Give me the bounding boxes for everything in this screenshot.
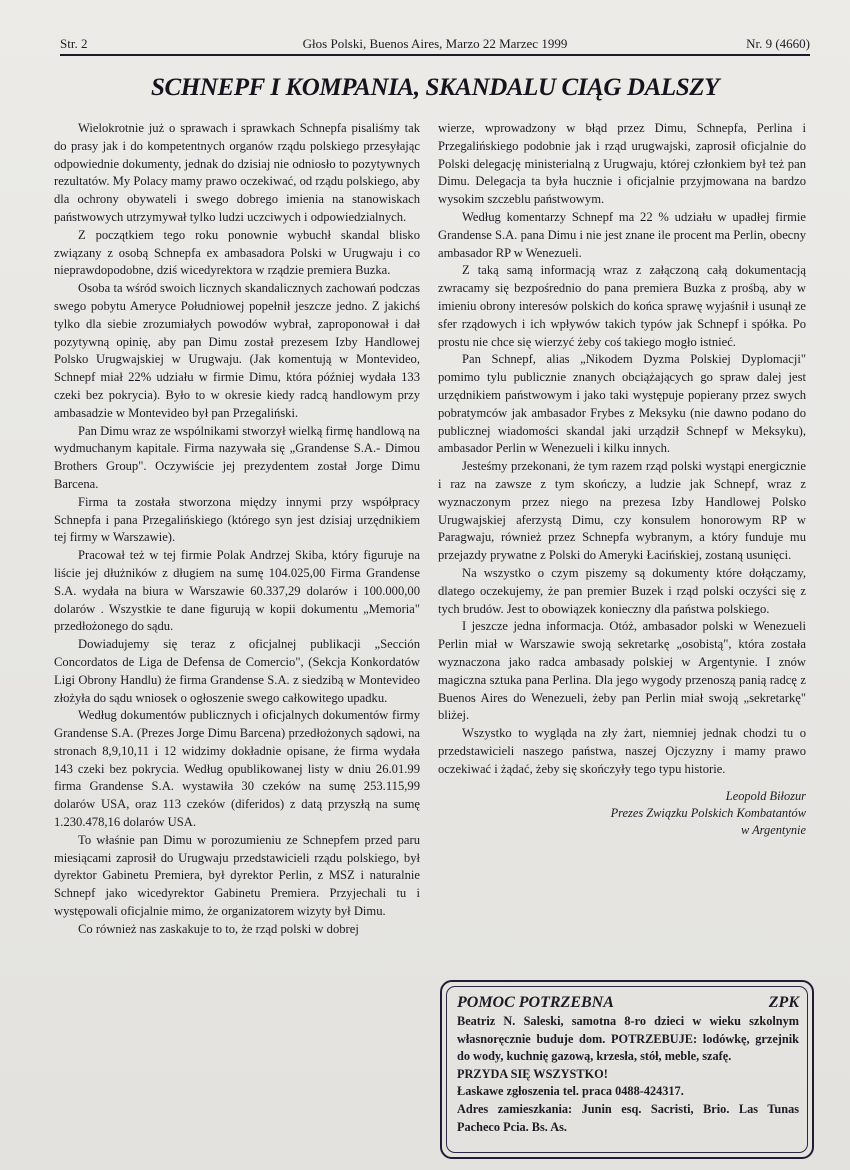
paragraph: Na wszystko o czym piszemy są dokumenty …	[438, 565, 806, 618]
help-needed-advertisement: POMOC POTRZEBNA ZPK Beatriz N. Saleski, …	[440, 980, 814, 1159]
advertisement-heading: POMOC POTRZEBNA	[457, 993, 614, 1013]
paragraph: Według dokumentów publicznych i oficjaln…	[54, 707, 420, 832]
advertisement-inner-frame: POMOC POTRZEBNA ZPK Beatriz N. Saleski, …	[446, 986, 808, 1153]
paragraph: I jeszcze jedna informacja. Otóż, ambasa…	[438, 618, 806, 725]
paragraph: Pan Dimu wraz ze wspólnikami stworzył wi…	[54, 423, 420, 494]
paragraph: Osoba ta wśród swoich licznych skandalic…	[54, 280, 420, 422]
newspaper-page: Str. 2 Głos Polski, Buenos Aires, Marzo …	[0, 0, 850, 1170]
advertisement-tag: ZPK	[769, 993, 799, 1013]
paragraph: Pracował też w tej firmie Polak Andrzej …	[54, 547, 420, 636]
paragraph: Wielokrotnie już o sprawach i sprawkach …	[54, 120, 420, 227]
advertisement-line: PRZYDA SIĘ WSZYSTKO!	[457, 1066, 799, 1084]
paragraph: Z początkiem tego roku ponownie wybuchł …	[54, 227, 420, 280]
paragraph: Co również nas zaskakuje to to, że rząd …	[54, 921, 420, 939]
paragraph: Pan Schnepf, alias „Nikodem Dyzma Polski…	[438, 351, 806, 458]
paragraph: Firma ta została stworzona między innymi…	[54, 494, 420, 547]
article-signature: Leopold Biłozur Prezes Związku Polskich …	[438, 788, 806, 839]
issue-number: Nr. 9 (4660)	[746, 36, 810, 52]
author-location: w Argentynie	[438, 822, 806, 839]
advertisement-line: Beatriz N. Saleski, samotna 8-ro dzieci …	[457, 1013, 799, 1066]
paragraph: Dowiadujemy się teraz z oficjalnej publi…	[54, 636, 420, 707]
advertisement-header: POMOC POTRZEBNA ZPK	[457, 993, 799, 1013]
paragraph: Z taką samą informacją wraz z załączoną …	[438, 262, 806, 351]
advertisement-line: Adres zamieszkania: Junin esq. Sacristi,…	[457, 1101, 799, 1136]
paragraph: Według komentarzy Schnepf ma 22 % udział…	[438, 209, 806, 262]
publication-dateline: Głos Polski, Buenos Aires, Marzo 22 Marz…	[60, 36, 810, 52]
paragraph: Wszystko to wygląda na zły żart, niemnie…	[438, 725, 806, 778]
advertisement-line: Łaskawe zgłoszenia tel. praca 0488-42431…	[457, 1083, 799, 1101]
paragraph-continuation: wierze, wprowadzony w błąd przez Dimu, S…	[438, 120, 806, 209]
paragraph: To właśnie pan Dimu w porozumieniu ze Sc…	[54, 832, 420, 921]
author-name: Leopold Biłozur	[438, 788, 806, 805]
author-title: Prezes Związku Polskich Kombatantów	[438, 805, 806, 822]
article-right-column: wierze, wprowadzony w błąd przez Dimu, S…	[438, 120, 806, 839]
article-left-column: Wielokrotnie już o sprawach i sprawkach …	[54, 120, 420, 939]
article-headline: SCHNEPF I KOMPANIA, SKANDALU CIĄG DALSZY	[60, 74, 810, 102]
masthead-rule	[60, 54, 810, 56]
masthead: Str. 2 Głos Polski, Buenos Aires, Marzo …	[60, 36, 810, 56]
paragraph: Jesteśmy przekonani, że tym razem rząd p…	[438, 458, 806, 565]
advertisement-body: Beatriz N. Saleski, samotna 8-ro dzieci …	[457, 1013, 799, 1136]
